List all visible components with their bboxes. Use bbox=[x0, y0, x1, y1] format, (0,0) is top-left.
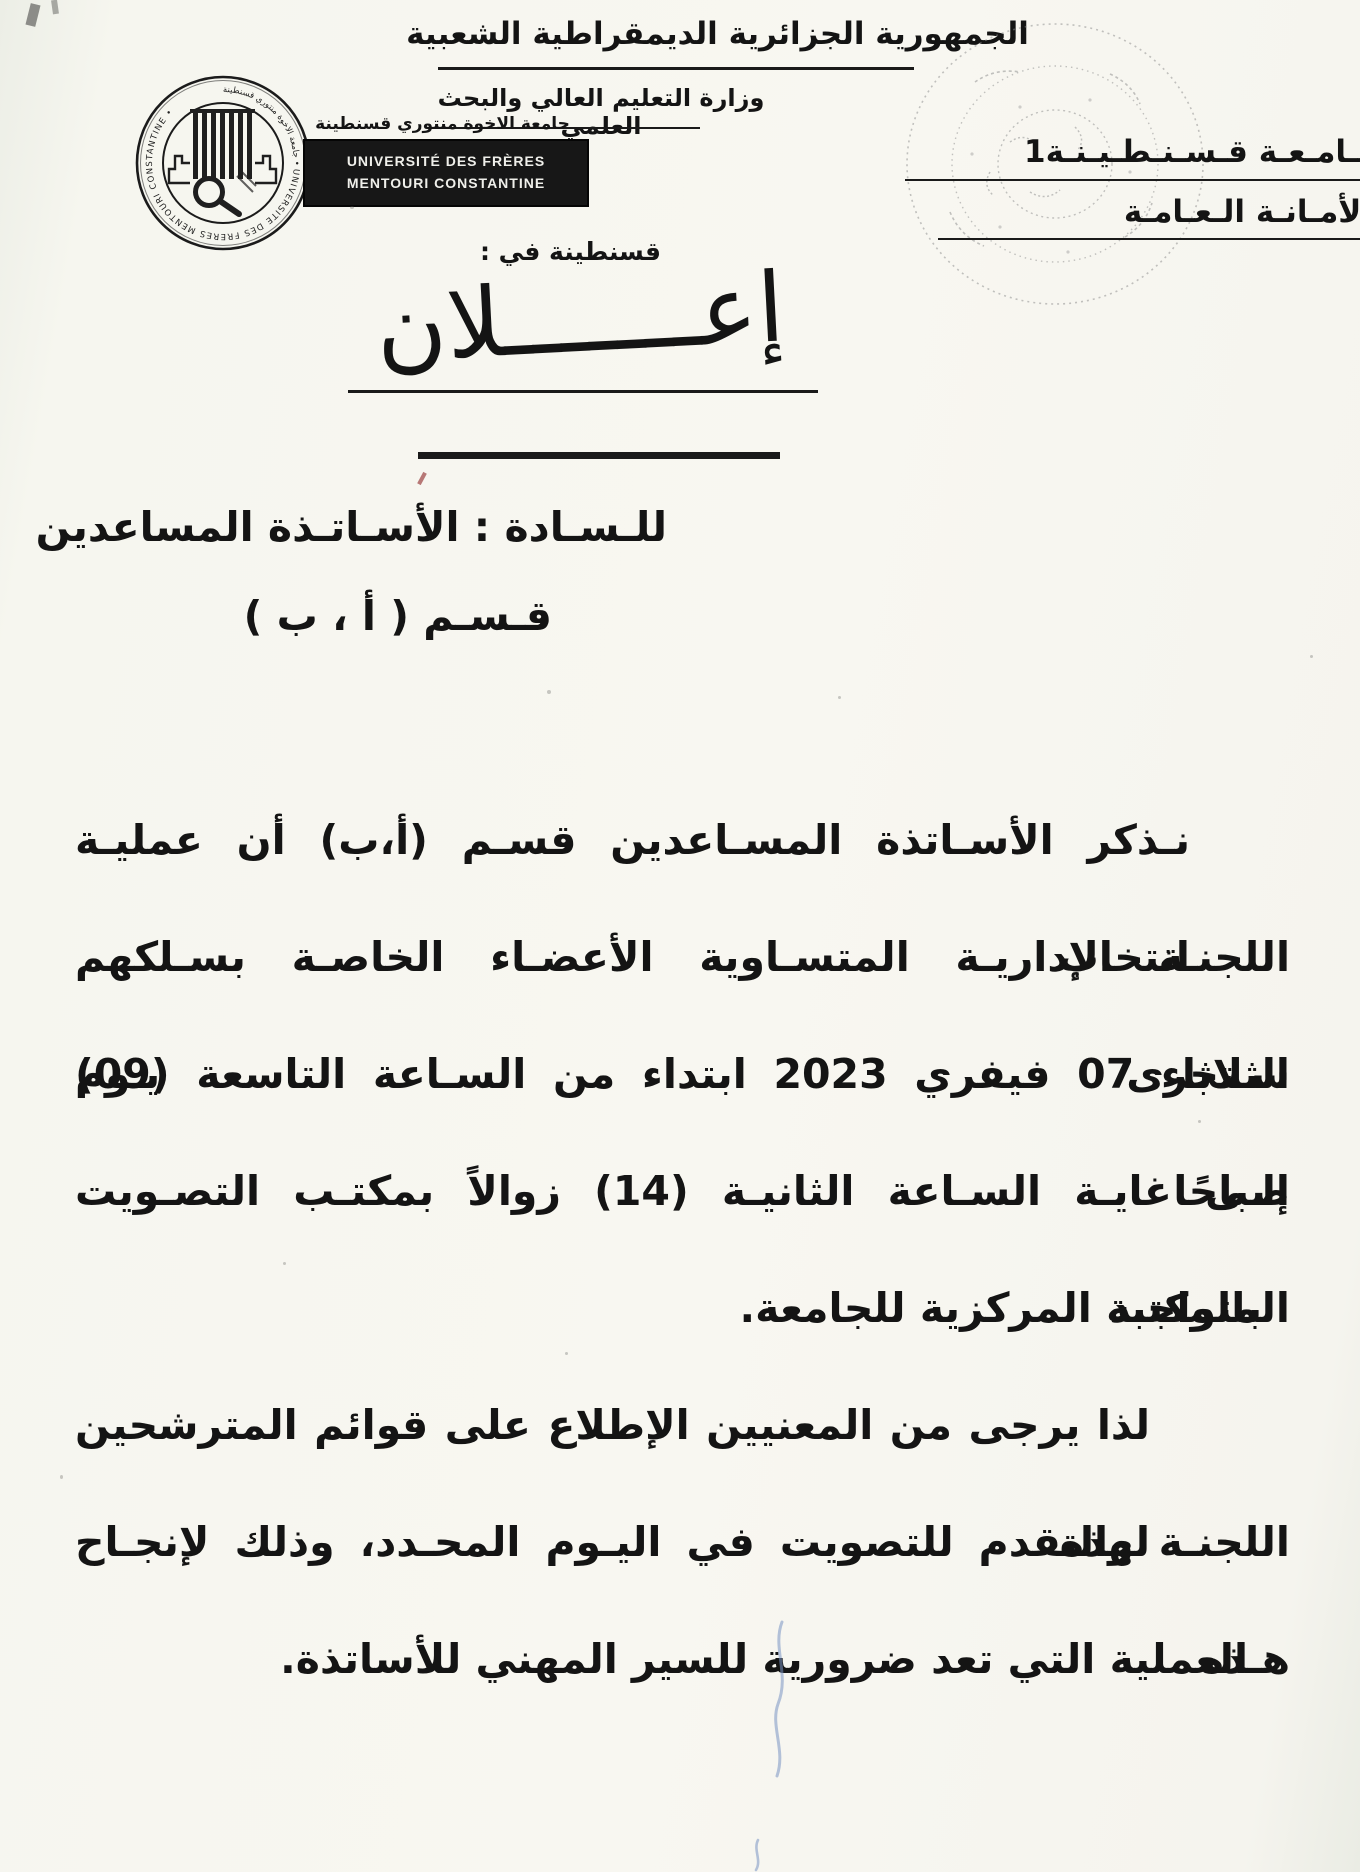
university-name-arabic: جامعة الاخوة منتوري قسنطينة bbox=[305, 114, 580, 134]
body-line-5: بالمكتبة المركزية للجامعة. bbox=[75, 1250, 1290, 1367]
title-underline-thin bbox=[348, 390, 818, 393]
paper-speck bbox=[1310, 655, 1313, 658]
body-line-1: نـذكر الأسـاتذة المسـاعدين قسـم (أ،ب) أن… bbox=[75, 782, 1290, 899]
announcement-title: إعـــــــلان bbox=[337, 240, 823, 397]
addressee-line: للـسـادة : الأسـاتـذة المساعدين bbox=[165, 503, 667, 551]
paper-speck bbox=[1198, 1120, 1201, 1123]
scan-edge-mark-2 bbox=[51, 0, 59, 14]
paper-speck bbox=[565, 1352, 568, 1355]
university-name-banner: UNIVERSITÉ DES FRÈRES MENTOURI CONSTANTI… bbox=[303, 139, 589, 207]
body-line-7: اللجنـة والتقدم للتصويت في اليـوم المحـد… bbox=[75, 1484, 1290, 1601]
pen-mark-bottom bbox=[748, 1838, 768, 1872]
addressee-category-line: قـسـم ( أ ، ب ) bbox=[172, 592, 552, 640]
body-line-4: إلـى غايـة السـاعة الثانيـة (14) زوالاً … bbox=[75, 1133, 1290, 1250]
announcement-body: نـذكر الأسـاتذة المسـاعدين قسـم (أ،ب) أن… bbox=[75, 782, 1290, 1718]
paper-speck bbox=[547, 690, 551, 694]
paper-speck bbox=[838, 696, 841, 699]
university-name-fr-line1: UNIVERSITÉ DES FRÈRES bbox=[305, 151, 587, 173]
title-underline-thick bbox=[418, 452, 780, 459]
university-constantine1-underline bbox=[905, 179, 1360, 181]
red-ink-speck bbox=[417, 472, 427, 485]
republic-underline bbox=[438, 67, 914, 70]
university-name-fr-line2: MENTOURI CONSTANTINE bbox=[305, 173, 587, 195]
body-line-6: لذا يرجى من المعنيين الإطلاع على قوائم ا… bbox=[75, 1367, 1290, 1484]
paper-speck bbox=[60, 1475, 63, 1479]
paper-speck bbox=[350, 206, 354, 209]
body-line-8: العملية التي تعد ضرورية للسير المهني للأ… bbox=[75, 1601, 1290, 1718]
scanned-announcement-page: الجمهورية الجزائرية الديمقراطية الشعبية … bbox=[0, 0, 1360, 1872]
body-line-3: الثلاثاء 07 فيفري 2023 ابتداء من السـاعة… bbox=[75, 1016, 1290, 1133]
magnifying-glass-icon bbox=[196, 172, 257, 214]
university-seal: جامعة الاخوة منتوري قسنطينة • UNIVERSITE… bbox=[133, 73, 313, 253]
seal-building-columns bbox=[190, 109, 255, 179]
pen-mark bbox=[768, 1618, 798, 1788]
general-secretariat-underline bbox=[938, 238, 1360, 240]
body-line-2: اللجنـة الإداريـة المتسـاوية الأعضـاء ال… bbox=[75, 899, 1290, 1016]
scan-edge-mark bbox=[25, 3, 40, 27]
general-secretariat-title: الأمـانـة الـعـامـة bbox=[938, 194, 1360, 230]
paper-speck bbox=[283, 1262, 286, 1265]
university-constantine1-title: جـامـعـة قـسـنـطـيـنـة1 bbox=[905, 134, 1360, 170]
